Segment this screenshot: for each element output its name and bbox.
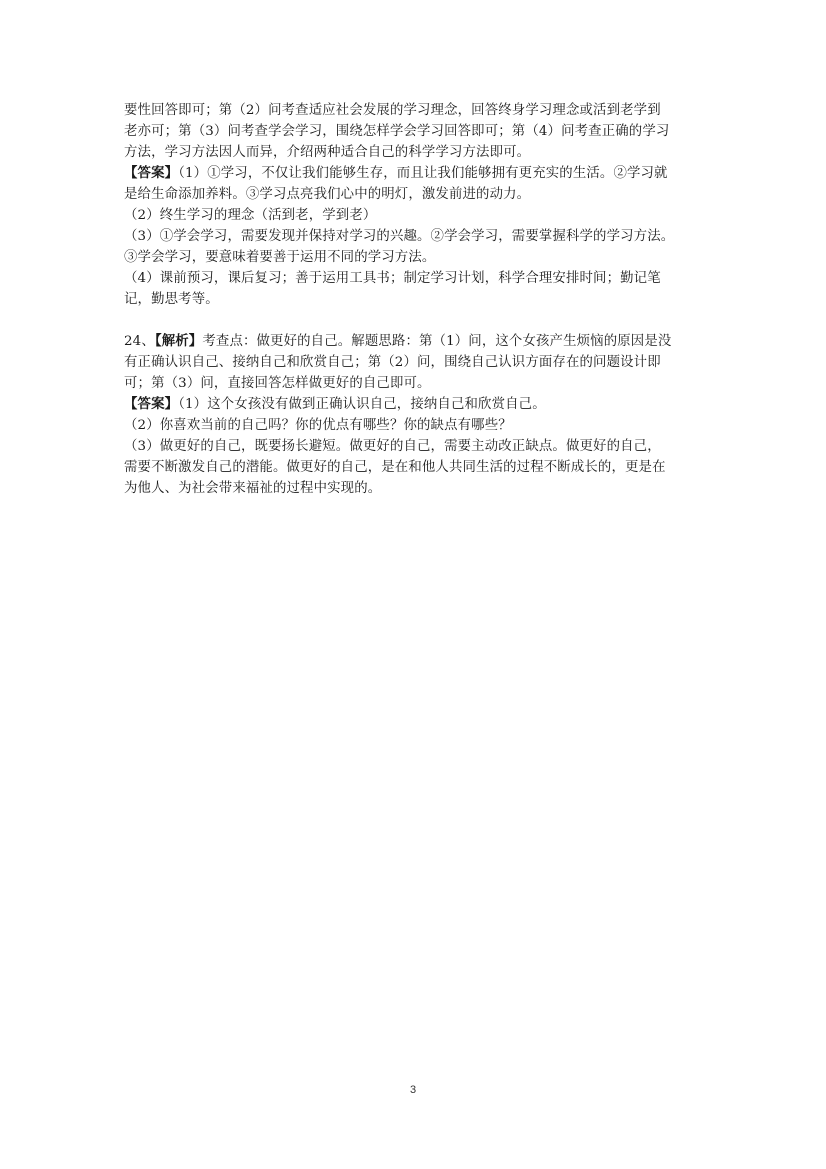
text-line: 要性回答即可；第（2）问考查适应社会发展的学习理念，回答终身学习理念或活到老学到 (124, 100, 702, 121)
text-line: 【答案】（1）①学习，不仅让我们能够生存，而且让我们能够拥有更充实的生活。②学习… (124, 163, 702, 184)
document-page: 要性回答即可；第（2）问考查适应社会发展的学习理念，回答终身学习理念或活到老学到… (124, 100, 702, 499)
section-24-answer: 【答案】（1）这个女孩没有做到正确认识自己，接纳自己和欣赏自己。 （2）你喜欢当… (124, 394, 702, 499)
text-line: 有正确认识自己、接纳自己和欣赏自己；第（2）问，围绕自己认识方面存在的问题设计即 (124, 352, 702, 373)
text-line: （2）终生学习的理念（活到老，学到老） (124, 205, 702, 226)
answer-text: （1）这个女孩没有做到正确认识自己，接纳自己和欣赏自己。 (178, 397, 546, 412)
text-line: 方法，学习方法因人而异，介绍两种适合自己的科学学习方法即可。 (124, 142, 702, 163)
answer-text: （1）①学习，不仅让我们能够生存，而且让我们能够拥有更充实的生活。②学习就 (178, 166, 667, 181)
question-number: 24、 (124, 334, 155, 349)
section-23-answer: 【答案】（1）①学习，不仅让我们能够生存，而且让我们能够拥有更充实的生活。②学习… (124, 163, 702, 310)
section-23-analysis: 要性回答即可；第（2）问考查适应社会发展的学习理念，回答终身学习理念或活到老学到… (124, 100, 702, 163)
paragraph-gap (124, 310, 702, 331)
answer-tag: 【答案】 (124, 165, 178, 181)
analysis-tag: 【解析】 (155, 333, 202, 349)
answer-tag: 【答案】 (124, 396, 178, 412)
analysis-text: 考查点：做更好的自己。解题思路：第（1）问，这个女孩产生烦恼的原因是没 (202, 334, 671, 349)
text-line: 24、【解析】考查点：做更好的自己。解题思路：第（1）问，这个女孩产生烦恼的原因… (124, 331, 702, 352)
text-line: ③学会学习，要意味着要善于运用不同的学习方法。 (124, 247, 702, 268)
text-line: 记，勤思考等。 (124, 289, 702, 310)
page-number: 3 (0, 1084, 826, 1096)
text-line: 需要不断激发自己的潜能。做更好的自己，是在和他人共同生活的过程不断成长的，更是在 (124, 457, 702, 478)
text-line: （4）课前预习，课后复习；善于运用工具书；制定学习计划，科学合理安排时间；勤记笔 (124, 268, 702, 289)
text-line: 为他人、为社会带来福祉的过程中实现的。 (124, 478, 702, 499)
text-line: 是给生命添加养料。③学习点亮我们心中的明灯，激发前进的动力。 (124, 184, 702, 205)
text-line: （3）①学会学习，需要发现并保持对学习的兴趣。②学会学习，需要掌握科学的学习方法… (124, 226, 702, 247)
section-24-analysis: 24、【解析】考查点：做更好的自己。解题思路：第（1）问，这个女孩产生烦恼的原因… (124, 331, 702, 394)
text-line: （2）你喜欢当前的自己吗？你的优点有哪些？你的缺点有哪些？ (124, 415, 702, 436)
text-line: （3）做更好的自己，既要扬长避短。做更好的自己，需要主动改正缺点。做更好的自己， (124, 436, 702, 457)
text-line: 【答案】（1）这个女孩没有做到正确认识自己，接纳自己和欣赏自己。 (124, 394, 702, 415)
text-line: 老亦可；第（3）问考查学会学习，围绕怎样学会学习回答即可；第（4）问考查正确的学… (124, 121, 702, 142)
text-line: 可；第（3）问，直接回答怎样做更好的自己即可。 (124, 373, 702, 394)
